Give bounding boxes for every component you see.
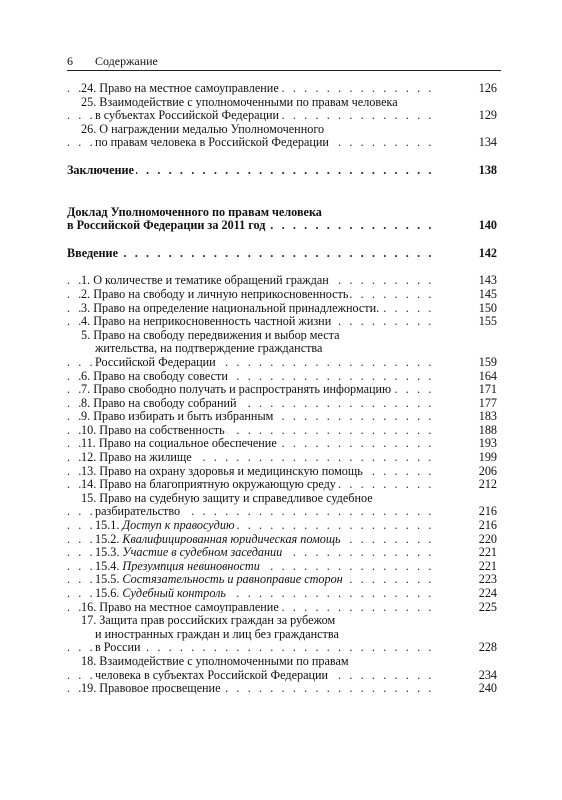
entry-title: по правам человека в Российской Федераци…	[95, 135, 331, 149]
toc-entry[interactable]: 18. Взаимодействие с уполномоченными по …	[67, 655, 501, 682]
entry-title: 1. О количестве и тематике обращений гра…	[81, 273, 331, 287]
toc-entry[interactable]: 26. О награждении медалью Уполномоченног…	[67, 123, 501, 150]
entry-number: 15.6.	[95, 586, 122, 600]
toc-entry[interactable]: . . . . . . . . . . . . . . . . . . . . …	[67, 315, 501, 329]
toc-introduction[interactable]: . . . . . . . . . . . . . . . . . . . . …	[67, 247, 501, 261]
page-ref: 220	[479, 533, 497, 547]
toc-entry[interactable]: . . . . . . . . . . . . . . . . . . . . …	[67, 288, 501, 302]
toc-conclusion[interactable]: . . . . . . . . . . . . . . . . . . . . …	[67, 164, 501, 178]
page-ref: 164	[479, 370, 497, 384]
page-ref: 228	[479, 641, 497, 655]
page-ref: 206	[479, 465, 497, 479]
entry-title: 12. Право на жилище	[81, 450, 194, 464]
toc-entry[interactable]: 25. Взаимодействие с уполномоченными по …	[67, 96, 501, 123]
toc-entry[interactable]: . . . . . . . . . . . . . . . . . . . . …	[67, 383, 501, 397]
page-ref: 129	[479, 109, 497, 123]
page-ref: 216	[479, 505, 497, 519]
page-ref: 193	[479, 437, 497, 451]
entry-number: 15.3.	[95, 545, 122, 559]
entry-title: 11. Право на социальное обеспечение	[81, 436, 279, 450]
toc-entry[interactable]: . . . . . . . . . . . . . . . . . . . . …	[67, 478, 501, 492]
page-ref: 150	[479, 302, 497, 316]
toc-entry[interactable]: . . . . . . . . . . . . . . . . . . . . …	[67, 410, 501, 424]
entry-number: 15.4.	[95, 559, 122, 573]
table-of-contents: . . . . . . . . . . . . . . . . . . . . …	[67, 82, 501, 696]
page-ref: 224	[479, 587, 497, 601]
page-ref: 155	[479, 315, 497, 329]
entry-title: в России	[95, 640, 143, 654]
page-ref: 199	[479, 451, 497, 465]
entry-title: в субъектах Российской Федерации	[95, 108, 281, 122]
entry-title: 9. Право избирать и быть избранным	[81, 409, 275, 423]
entry-title: 8. Право на свободу собраний	[81, 396, 239, 410]
page-ref: 177	[479, 397, 497, 411]
entry-title: 5. Право на свободу передвижения и выбор…	[81, 328, 342, 342]
entry-title: человека в субъектах Российской Федераци…	[95, 668, 330, 682]
toc-report[interactable]: Доклад Уполномоченного по правам человек…	[67, 206, 501, 233]
entry-title: 15.5. Состязательность и равноправие сто…	[95, 572, 345, 586]
page-ref: 221	[479, 546, 497, 560]
page-ref: 225	[479, 601, 497, 615]
entry-title: и иностранных граждан и лиц без гражданс…	[95, 627, 341, 641]
leader-dots: . . . . . . . . . . . . . . . . . . . . …	[67, 247, 439, 261]
entry-title: 15.3. Участие в судебном заседании	[95, 545, 284, 559]
running-header: 6 Содержание	[67, 53, 501, 71]
toc-entry[interactable]: 5. Право на свободу передвижения и выбор…	[67, 329, 501, 370]
page-number: 6	[67, 54, 73, 69]
spacer	[67, 150, 501, 164]
page-ref: 183	[479, 410, 497, 424]
toc-entry[interactable]: . . . . . . . . . . . . . . . . . . . . …	[67, 274, 501, 288]
entry-title: 4. Право на неприкосновенность частной ж…	[81, 314, 333, 328]
page-ref: 126	[479, 82, 497, 96]
entry-title: 15.1. Доступ к правосудию	[95, 518, 237, 532]
entry-title: 15.6. Судебный контроль	[95, 586, 228, 600]
toc-entry[interactable]: . . . . . . . . . . . . . . . . . . . . …	[67, 682, 501, 696]
page-ref: 216	[479, 519, 497, 533]
entry-title: 15. Право на судебную защиту и справедли…	[81, 491, 375, 505]
page-ref: 234	[479, 669, 497, 683]
entry-number: 15.1.	[95, 518, 122, 532]
toc-entry[interactable]: . . . . . . . . . . . . . . . . . . . . …	[67, 519, 501, 533]
entry-title: 15.2. Квалифицированная юридическая помо…	[95, 532, 343, 546]
page-ref: 212	[479, 478, 497, 492]
entry-title: 3. Право на определение национальной при…	[81, 301, 381, 315]
entry-title: 17. Защита прав российских граждан за ру…	[81, 613, 337, 627]
entry-title: 24. Право на местное самоуправление	[81, 81, 281, 95]
entry-title: 10. Право на собственность	[81, 423, 227, 437]
entry-title: 15.4. Презумпция невиновности	[95, 559, 262, 573]
entry-title: 2. Право на свободу и личную неприкоснов…	[81, 287, 350, 301]
entry-title: Заключение	[67, 163, 136, 177]
entry-title: Введение	[67, 246, 120, 260]
page-ref: 159	[479, 356, 497, 370]
page-ref: 140	[479, 219, 497, 233]
entry-title: 26. О награждении медалью Уполномоченног…	[81, 122, 326, 136]
entry-title: 14. Право на благоприятную окружающую ср…	[81, 477, 338, 491]
toc-entry[interactable]: 15. Право на судебную защиту и справедли…	[67, 492, 501, 519]
entry-title: Российской Федерации	[95, 355, 218, 369]
entry-title: 25. Взаимодействие с уполномоченными по …	[81, 95, 400, 109]
page-ref: 240	[479, 682, 497, 696]
page-ref: 221	[479, 560, 497, 574]
toc-entry[interactable]: 17. Защита прав российских граждан за ру…	[67, 614, 501, 655]
entry-title: 6. Право на свободу совести	[81, 369, 230, 383]
page-ref: 134	[479, 136, 497, 150]
toc-entry[interactable]: . . . . . . . . . . . . . . . . . . . . …	[67, 587, 501, 601]
page-ref: 138	[479, 164, 497, 178]
entry-title: 16. Право на местное самоуправление	[81, 600, 281, 614]
entry-number: 15.2.	[95, 532, 122, 546]
toc-entry[interactable]: . . . . . . . . . . . . . . . . . . . . …	[67, 82, 501, 96]
entry-title: 19. Правовое просвещение	[81, 681, 222, 695]
entry-title: 7. Право свободно получать и распростран…	[81, 382, 393, 396]
toc-entry[interactable]: . . . . . . . . . . . . . . . . . . . . …	[67, 546, 501, 560]
toc-entry[interactable]: . . . . . . . . . . . . . . . . . . . . …	[67, 573, 501, 587]
page-ref: 142	[479, 247, 497, 261]
spacer	[67, 178, 501, 206]
entry-title: 18. Взаимодействие с уполномоченными по …	[81, 654, 351, 668]
entry-title: жительства, на подтверждение гражданства	[95, 341, 324, 355]
spacer	[67, 233, 501, 247]
page-ref: 143	[479, 274, 497, 288]
entry-title: разбирательство	[95, 504, 182, 518]
page-ref: 188	[479, 424, 497, 438]
entry-title: 13. Право на охрану здоровья и медицинск…	[81, 464, 365, 478]
page-ref: 145	[479, 288, 497, 302]
entry-title: Доклад Уполномоченного по правам человек…	[67, 205, 324, 219]
page-ref: 171	[479, 383, 497, 397]
page-ref: 223	[479, 573, 497, 587]
header-title: Содержание	[95, 54, 158, 69]
entry-number: 15.5.	[95, 572, 122, 586]
toc-entry[interactable]: . . . . . . . . . . . . . . . . . . . . …	[67, 451, 501, 465]
entry-title: в Российской Федерации за 2011 год	[67, 218, 267, 232]
